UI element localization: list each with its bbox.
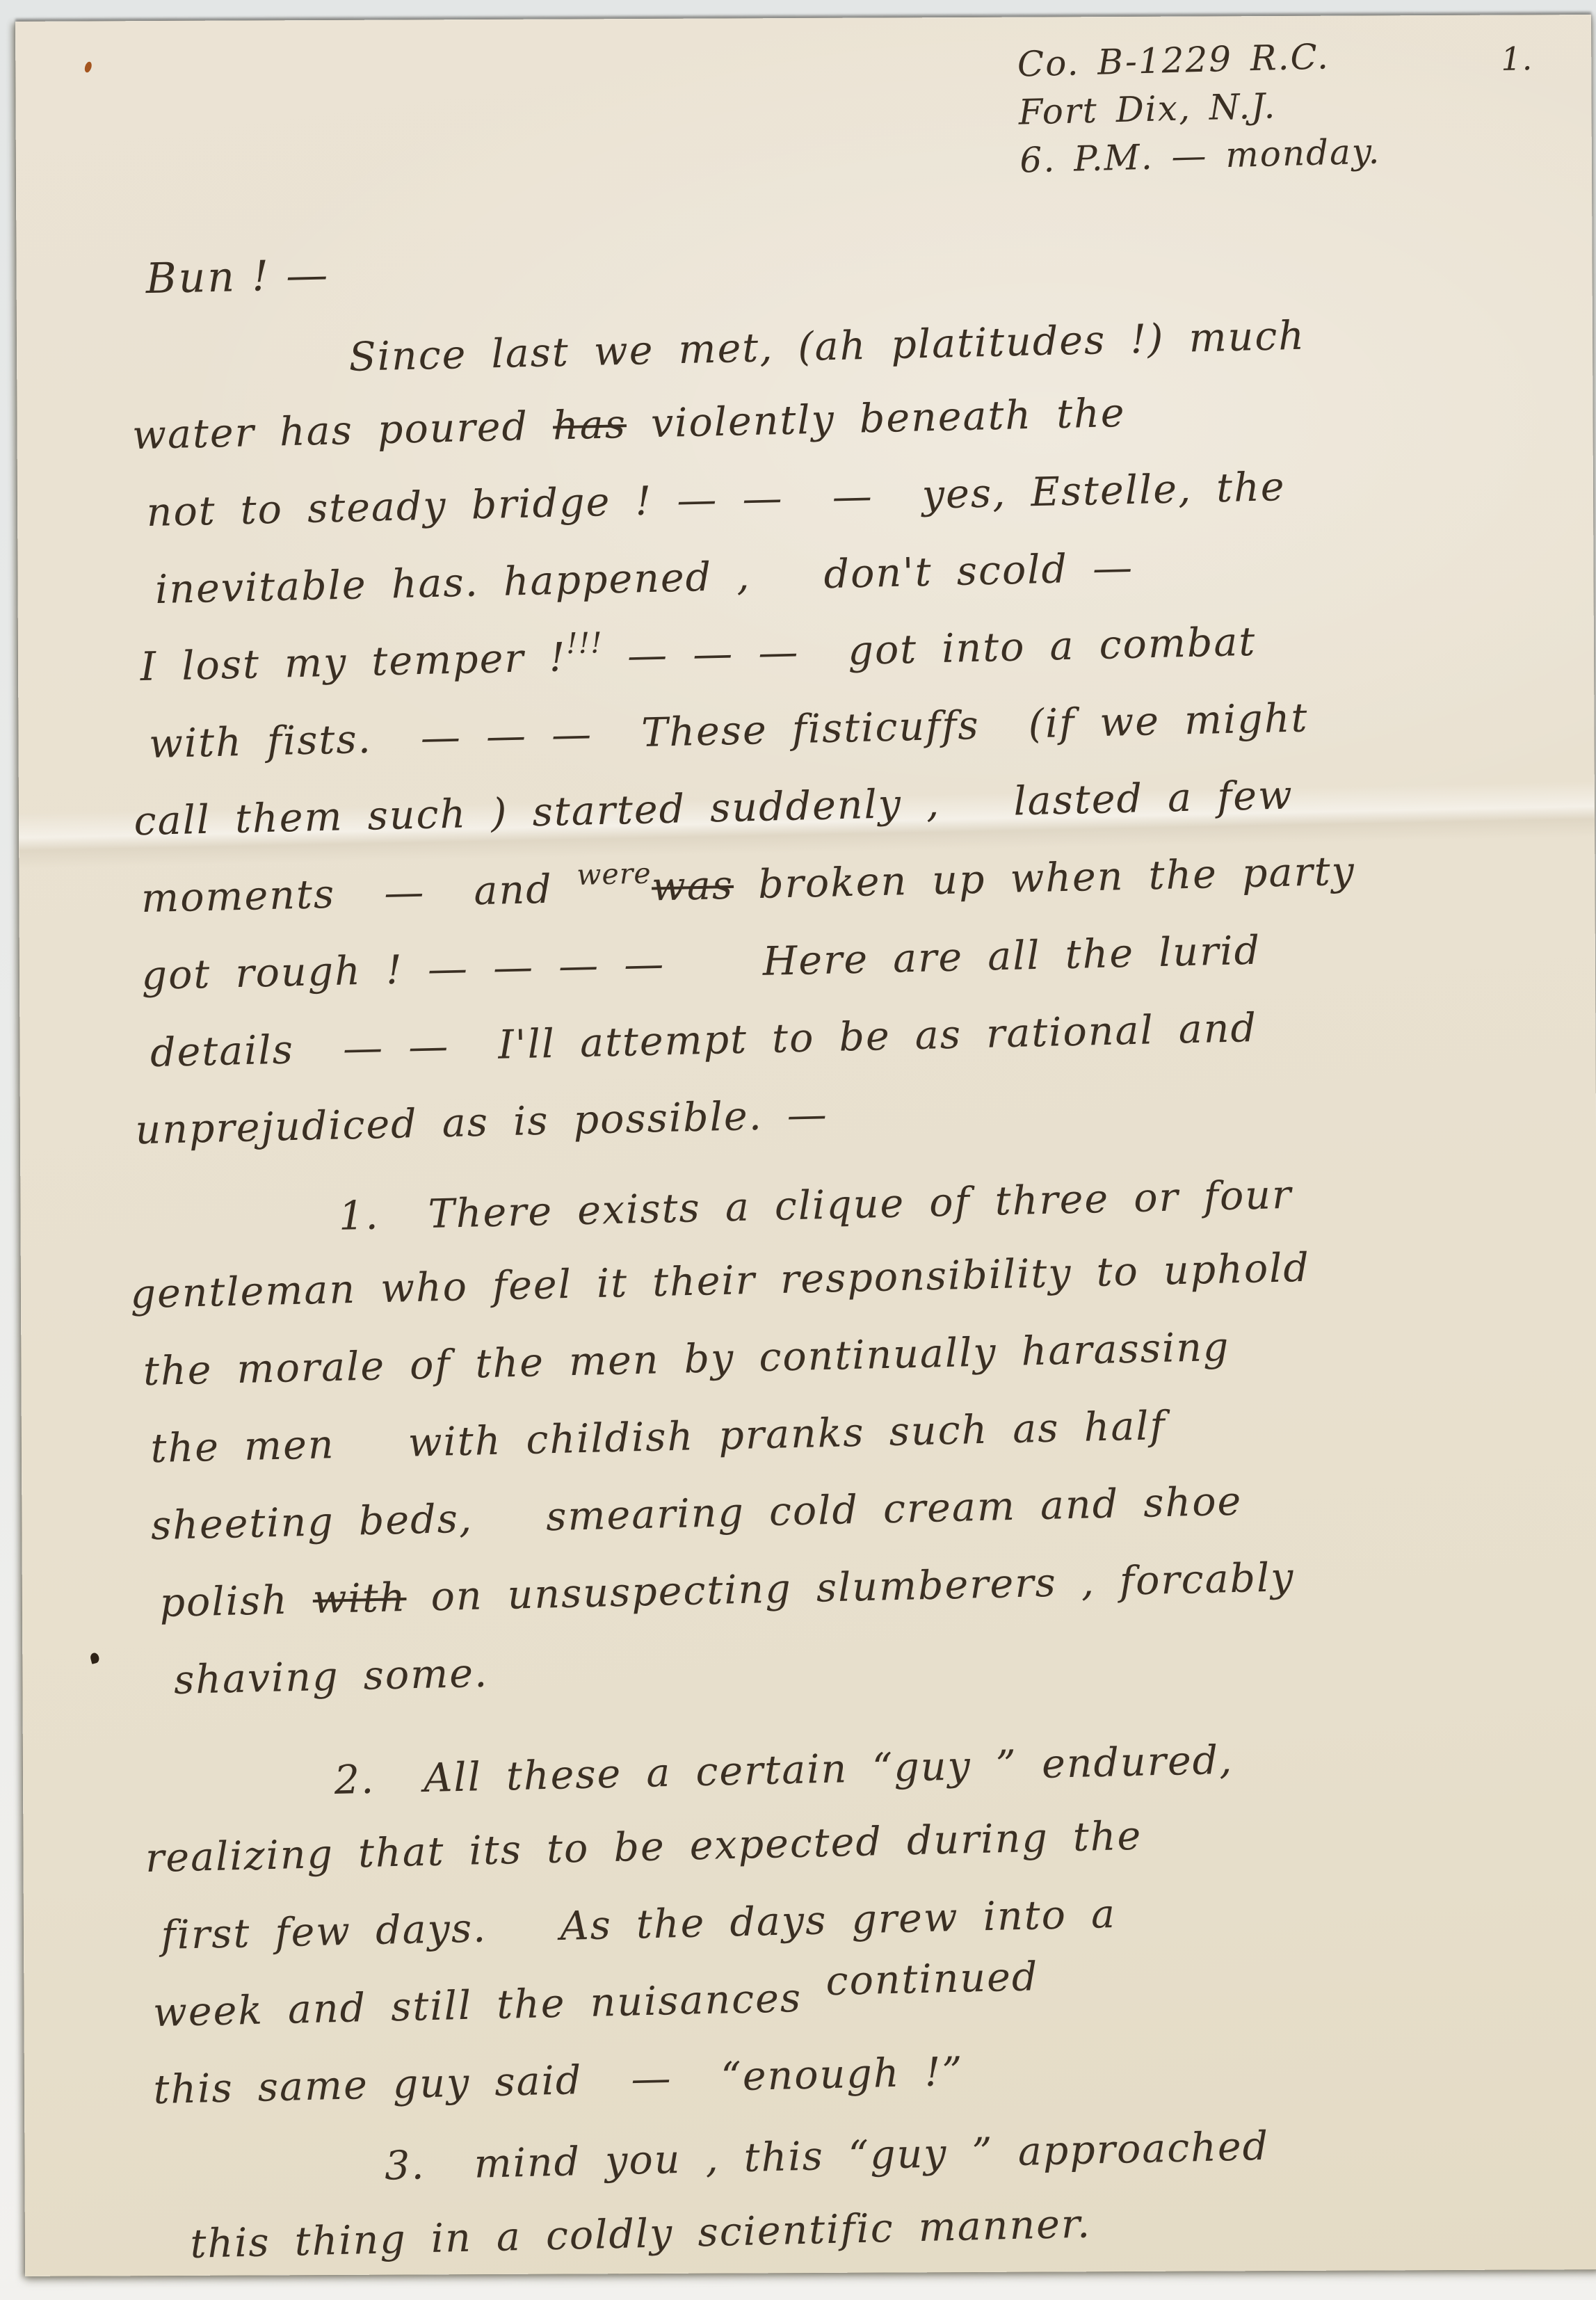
- text-segment: 2. All these a certain “guy ” endured,: [334, 1737, 1234, 1803]
- paper-speck: [83, 61, 92, 73]
- interlinear-insertion: were: [577, 856, 652, 891]
- letter-header: Co. B-1229 R.C. Fort Dix, N.J. 6. P.M. —…: [1017, 29, 1507, 185]
- text-segment: I lost my temper !: [140, 634, 567, 690]
- text-segment: moments — and: [140, 866, 577, 922]
- letter-paper: 1. Co. B-1229 R.C. Fort Dix, N.J. 6. P.M…: [15, 15, 1596, 2276]
- text-segment: polish: [159, 1577, 314, 1626]
- letter-body: Since last we met, (ah platitudes !) muc…: [127, 329, 1588, 2299]
- text-segment: continued: [825, 1954, 1039, 2004]
- struck-out-word: was: [651, 862, 734, 910]
- interlinear-insertion: !!!: [566, 626, 604, 660]
- struck-out-word: with: [312, 1575, 407, 1623]
- text-segment: Since last we met, (ah platitudes !) muc…: [348, 313, 1306, 380]
- struck-out-word: has: [552, 401, 627, 449]
- text-segment: water has poured: [131, 403, 553, 459]
- text-segment: 1. There exists a clique of three or fou…: [338, 1172, 1293, 1239]
- ink-dot: [90, 1652, 101, 1664]
- greeting: Bun ! —: [145, 250, 330, 303]
- page-number: 1.: [1501, 40, 1533, 78]
- text-segment: shaving some.: [173, 1650, 489, 1703]
- text-segment: this thing in a coldly scientific manner…: [190, 2201, 1092, 2267]
- scanned-letter: 1. Co. B-1229 R.C. Fort Dix, N.J. 6. P.M…: [0, 0, 1596, 2300]
